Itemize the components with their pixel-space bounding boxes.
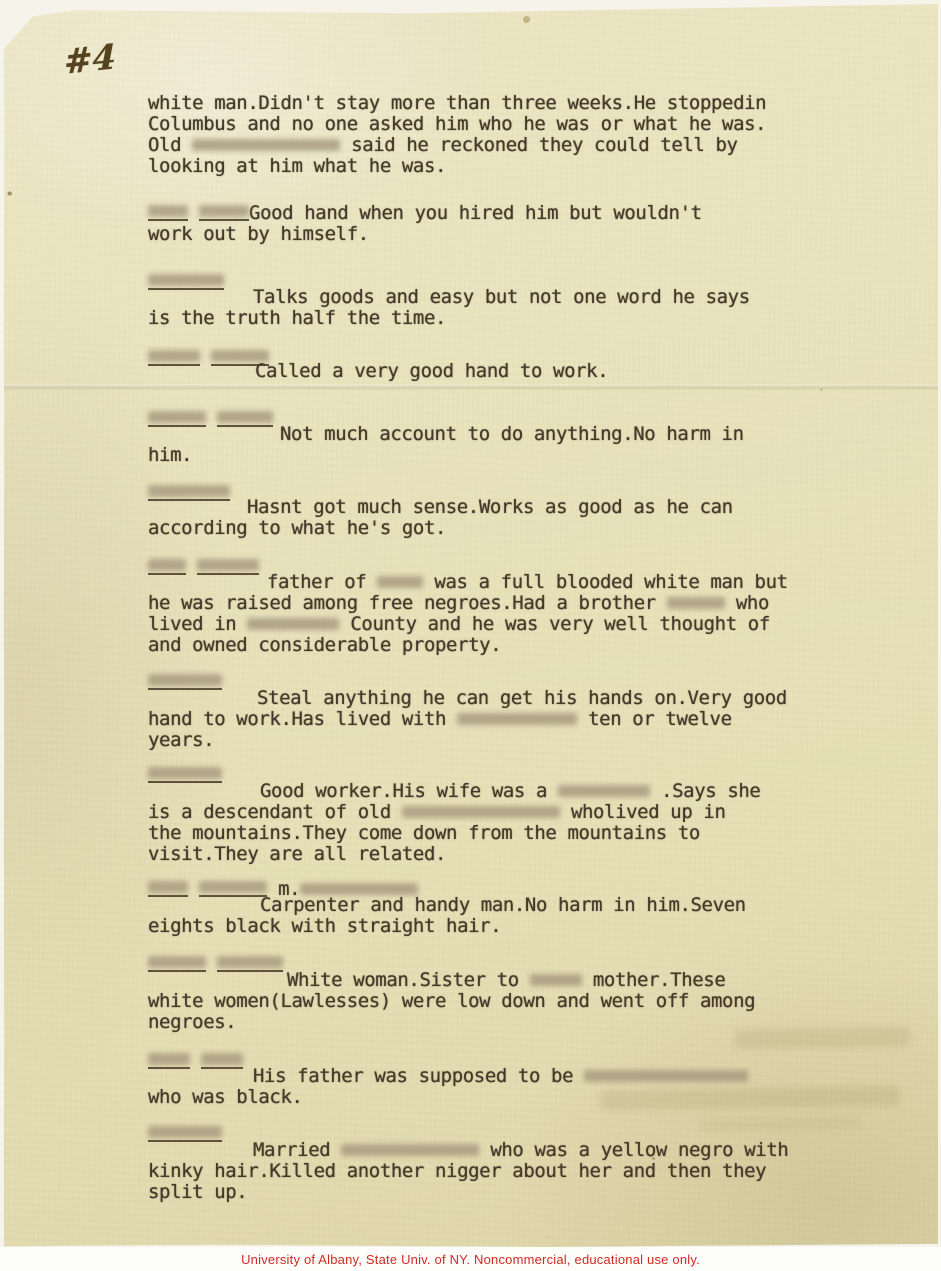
typed-text: is a descendant of old: [148, 801, 402, 823]
redacted-name: [217, 956, 283, 972]
redacted-name: [217, 411, 273, 427]
redacted-name: [148, 205, 188, 221]
typed-line: His father was supposed to be: [253, 1066, 748, 1086]
typed-line: [148, 409, 273, 429]
typed-line: father of was a full blooded white man b…: [267, 572, 788, 592]
typed-text: mother.These: [582, 969, 726, 991]
typed-text: .Says she: [650, 780, 760, 802]
typed-line: [148, 483, 230, 503]
typed-line: Old said he reckoned they could tell by: [148, 135, 738, 155]
typed-text: him.: [148, 444, 192, 466]
typed-line: the mountains.They come down from the mo…: [148, 823, 700, 843]
typed-text: [200, 347, 211, 369]
typed-text: Talks goods and easy but not one word he…: [253, 286, 750, 308]
typed-line: him.: [148, 445, 192, 465]
typed-line: Good worker.His wife was a .Says she: [260, 781, 760, 801]
redaction-smudge: [148, 674, 222, 686]
typed-text: [190, 1050, 201, 1072]
footer-strip: University of Albany, State Univ. of NY.…: [0, 1247, 941, 1271]
redacted-name: [148, 674, 222, 690]
redacted-name: [148, 767, 222, 783]
redaction-smudge: [199, 205, 249, 217]
typed-text: visit.They are all related.: [148, 843, 446, 865]
typed-text: kinky hair.Killed another nigger about h…: [148, 1160, 766, 1182]
redaction-smudge: [199, 881, 267, 893]
scanned-document-page: #4 white man.Didn't stay more than three…: [0, 0, 941, 1271]
typed-text: work out by himself.: [148, 223, 369, 245]
redaction-smudge: [148, 1126, 222, 1138]
redaction-smudge: [217, 956, 283, 968]
typed-line: Columbus and no one asked him who he was…: [148, 114, 766, 134]
typed-text: Old: [148, 134, 192, 156]
redaction-smudge: [377, 576, 423, 588]
redaction-smudge: [197, 559, 259, 571]
typed-line: work out by himself.: [148, 224, 369, 244]
redaction-smudge: [584, 1070, 748, 1082]
redacted-name: [247, 618, 339, 632]
redacted-name: [402, 806, 560, 820]
typed-line: and owned considerable property.: [148, 635, 501, 655]
typed-text: looking at him what he was.: [148, 155, 446, 177]
typed-text: is the truth half the time.: [148, 307, 446, 329]
typed-line: Called a very good hand to work.: [255, 361, 608, 381]
typed-text: Good hand when you hired him but wouldn'…: [249, 202, 702, 224]
redaction-smudge: [148, 485, 230, 497]
redacted-name: [148, 1126, 222, 1142]
footer-attribution-text: University of Albany, State Univ. of NY.…: [241, 1252, 700, 1267]
typed-line: according to what he's got.: [148, 518, 446, 538]
typed-text: and owned considerable property.: [148, 634, 501, 656]
typed-line: [148, 672, 222, 692]
typed-line: [148, 557, 259, 577]
redaction-smudge: [201, 1053, 243, 1065]
redaction-smudge: [148, 205, 188, 217]
typed-text: father of: [267, 571, 377, 593]
typed-text: [186, 556, 197, 578]
typed-text: Married: [253, 1139, 341, 1161]
typed-line: White woman.Sister to mother.These: [287, 970, 725, 990]
redaction-smudge: [192, 139, 340, 151]
redacted-name: [530, 974, 582, 988]
typed-line: negroes.: [148, 1012, 236, 1032]
redaction-smudge: [148, 350, 200, 362]
redacted-name: [148, 881, 188, 897]
redaction-smudge: [148, 559, 186, 571]
typed-text: hand to work.Has lived with: [148, 708, 457, 730]
typed-text: wholived up in: [560, 801, 726, 823]
typed-line: [148, 348, 269, 368]
typed-text: according to what he's got.: [148, 517, 446, 539]
typed-line: who was black.: [148, 1087, 303, 1107]
redacted-name: [148, 1053, 190, 1069]
typed-line: is the truth half the time.: [148, 308, 446, 328]
typed-text: Not much account to do anything.No harm …: [280, 423, 744, 445]
redacted-name: [148, 559, 186, 575]
redaction-smudge: [217, 411, 273, 423]
typed-line: Talks goods and easy but not one word he…: [253, 287, 750, 307]
redacted-name: [199, 205, 249, 221]
typed-line: years.: [148, 730, 214, 750]
typed-line: kinky hair.Killed another nigger about h…: [148, 1161, 766, 1181]
typed-text: [206, 408, 217, 430]
redaction-smudge: [402, 806, 560, 818]
redacted-name: [457, 713, 577, 727]
redaction-smudge: [558, 785, 650, 797]
typed-line: eights black with straight hair.: [148, 916, 501, 936]
typed-text: His father was supposed to be: [253, 1065, 584, 1087]
redacted-name: [192, 139, 340, 153]
handwritten-page-number: #4: [64, 37, 116, 83]
redacted-name: [201, 1053, 243, 1069]
typed-line: lived in County and he was very well tho…: [148, 614, 770, 634]
redaction-smudge: [247, 618, 339, 630]
redacted-name: [148, 485, 230, 501]
typed-text: who was black.: [148, 1086, 303, 1108]
typed-text: [206, 953, 217, 975]
typed-text: said he reckoned they could tell by: [340, 134, 737, 156]
typed-line: Not much account to do anything.No harm …: [280, 424, 744, 444]
typed-text: years.: [148, 729, 214, 751]
typed-line: hand to work.Has lived with ten or twelv…: [148, 709, 732, 729]
typed-line: [148, 272, 224, 292]
redacted-name: [148, 274, 224, 290]
redacted-name: [341, 1144, 479, 1158]
typed-text: Good worker.His wife was a: [260, 780, 558, 802]
redacted-name: [148, 956, 206, 972]
typed-text: he was raised among free negroes.Had a b…: [148, 592, 667, 614]
typed-text: white women(Lawlesses) were low down and…: [148, 990, 755, 1012]
redacted-name: [584, 1070, 748, 1084]
typed-text: White woman.Sister to: [287, 969, 530, 991]
typed-text: who: [725, 592, 769, 614]
redacted-name: [377, 576, 423, 590]
typed-text: [188, 202, 199, 224]
typed-text: eights black with straight hair.: [148, 915, 501, 937]
typed-line: he was raised among free negroes.Had a b…: [148, 593, 769, 613]
redaction-smudge: [667, 597, 725, 609]
redaction-smudge: [148, 274, 224, 286]
typed-line: Hasnt got much sense.Works as good as he…: [247, 497, 733, 517]
typed-text: Hasnt got much sense.Works as good as he…: [247, 496, 733, 518]
typed-line: Married who was a yellow negro with: [253, 1140, 788, 1160]
redaction-smudge: [148, 956, 206, 968]
typed-text: [188, 878, 199, 900]
typed-line: visit.They are all related.: [148, 844, 446, 864]
typed-line: [148, 1051, 243, 1071]
typed-line: [148, 765, 222, 785]
typed-text: was a full blooded white man but: [423, 571, 787, 593]
typed-line: Steal anything he can get his hands on.V…: [257, 688, 787, 708]
redaction-smudge: [530, 974, 582, 986]
redaction-smudge: [148, 767, 222, 779]
typed-text: lived in: [148, 613, 247, 635]
redaction-smudge: [341, 1144, 479, 1156]
typed-line: [148, 954, 283, 974]
typed-text: Called a very good hand to work.: [255, 360, 608, 382]
redaction-smudge: [148, 881, 188, 893]
redacted-name: [199, 881, 267, 897]
typed-text: split up.: [148, 1181, 247, 1203]
typed-line: looking at him what he was.: [148, 156, 446, 176]
typed-text: white man.Didn't stay more than three we…: [148, 92, 766, 114]
redacted-name: [197, 559, 259, 575]
redaction-smudge: [148, 1053, 190, 1065]
redacted-name: [148, 411, 206, 427]
typed-text: Columbus and no one asked him who he was…: [148, 113, 766, 135]
typed-line: white women(Lawlesses) were low down and…: [148, 991, 755, 1011]
typed-line: Carpenter and handy man.No harm in him.S…: [260, 895, 746, 915]
typed-text: Carpenter and handy man.No harm in him.S…: [260, 894, 746, 916]
typed-line: [148, 1124, 222, 1144]
typed-line: split up.: [148, 1182, 247, 1202]
typed-text: Steal anything he can get his hands on.V…: [257, 687, 787, 709]
redacted-name: [558, 785, 650, 799]
typed-text: who was a yellow negro with: [479, 1139, 788, 1161]
typed-text: the mountains.They come down from the mo…: [148, 822, 700, 844]
typed-line: is a descendant of old wholived up in: [148, 802, 726, 822]
typed-text: negroes.: [148, 1011, 236, 1033]
typed-text: ten or twelve: [577, 708, 732, 730]
typed-line: white man.Didn't stay more than three we…: [148, 93, 766, 113]
typed-line: Good hand when you hired him but wouldn'…: [148, 203, 702, 223]
redaction-smudge: [148, 411, 206, 423]
redacted-name: [148, 350, 200, 366]
redaction-smudge: [457, 713, 577, 725]
typed-text: County and he was very well thought of: [339, 613, 770, 635]
redacted-name: [667, 597, 725, 611]
